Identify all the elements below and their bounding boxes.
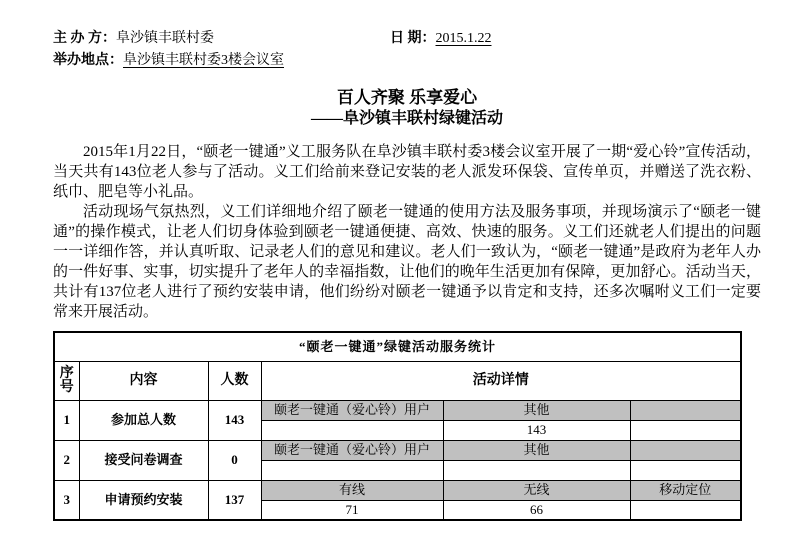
row3-detail-header-1: 有线 <box>261 480 443 500</box>
row1-detail-value-1 <box>261 420 443 440</box>
row3-detail-value-1: 71 <box>261 500 443 520</box>
row3-no: 3 <box>54 480 79 520</box>
organizer-label: 主 办 方： <box>53 31 116 46</box>
table-header-row: 序号 内容 人数 活动详情 <box>54 361 741 400</box>
date-value: 2015.1.22 <box>436 31 492 46</box>
row1-detail-header-2: 其他 <box>443 400 630 420</box>
stats-table: “颐老一键通”绿键活动服务统计 序号 内容 人数 活动详情 1 参加总人数 14… <box>53 331 742 521</box>
doc-subtitle: ——阜沙镇丰联村绿键活动 <box>53 108 761 130</box>
row2-count: 0 <box>208 440 261 480</box>
col-header-count: 人数 <box>208 361 261 400</box>
table-title: “颐老一键通”绿键活动服务统计 <box>54 332 741 361</box>
col-header-no: 序号 <box>54 361 79 400</box>
row1-no: 1 <box>54 400 79 440</box>
row2-detail-header-2: 其他 <box>443 440 630 460</box>
row2-no: 2 <box>54 440 79 480</box>
row1-detail-header-1: 颐老一键通（爱心铃）用户 <box>261 400 443 420</box>
row3-content: 申请预约安装 <box>79 480 208 520</box>
row2-detail-value-2 <box>443 460 630 480</box>
document-page: 主 办 方：阜沙镇丰联村委 日 期：2015.1.22 举办地点：阜沙镇丰联村委… <box>0 0 791 540</box>
row3-detail-value-2: 66 <box>443 500 630 520</box>
row1-header-subrow: 1 参加总人数 143 颐老一键通（爱心铃）用户 其他 <box>54 400 741 420</box>
row2-header-subrow: 2 接受问卷调查 0 颐老一键通（爱心铃）用户 其他 <box>54 440 741 460</box>
organizer-value: 阜沙镇丰联村委 <box>116 31 214 46</box>
row2-detail-value-3 <box>630 460 741 480</box>
row1-content: 参加总人数 <box>79 400 208 440</box>
col-header-content: 内容 <box>79 361 208 400</box>
date-label: 日 期： <box>390 31 436 46</box>
col-header-details: 活动详情 <box>261 361 741 400</box>
row3-count: 137 <box>208 480 261 520</box>
row3-header-subrow: 3 申请预约安装 137 有线 无线 移动定位 <box>54 480 741 500</box>
row2-content: 接受问卷调查 <box>79 440 208 480</box>
meta-line-2: 举办地点：阜沙镇丰联村委3楼会议室 <box>53 50 761 72</box>
date-group: 日 期：2015.1.22 <box>390 28 492 50</box>
meta-line-1: 主 办 方：阜沙镇丰联村委 日 期：2015.1.22 <box>53 28 761 50</box>
venue-label: 举办地点： <box>53 53 123 68</box>
row1-detail-value-3 <box>630 420 741 440</box>
row3-detail-header-2: 无线 <box>443 480 630 500</box>
row1-count: 143 <box>208 400 261 440</box>
body-text: 2015年1月22日，“颐老一键通”义工服务队在阜沙镇丰联村委3楼会议室开展了一… <box>53 142 761 322</box>
table-title-row: “颐老一键通”绿键活动服务统计 <box>54 332 741 361</box>
row3-detail-value-3 <box>630 500 741 520</box>
paragraph-1: 2015年1月22日，“颐老一键通”义工服务队在阜沙镇丰联村委3楼会议室开展了一… <box>53 142 761 202</box>
row2-detail-header-3 <box>630 440 741 460</box>
paragraph-2: 活动现场气氛热烈，义工们详细地介绍了颐老一键通的使用方法及服务事项，并现场演示了… <box>53 202 761 322</box>
doc-title: 百人齐聚 乐享爱心 <box>53 88 761 108</box>
row2-detail-value-1 <box>261 460 443 480</box>
row1-detail-value-2: 143 <box>443 420 630 440</box>
row1-detail-header-3 <box>630 400 741 420</box>
venue-value: 阜沙镇丰联村委3楼会议室 <box>123 53 284 68</box>
row2-detail-header-1: 颐老一键通（爱心铃）用户 <box>261 440 443 460</box>
row3-detail-header-3: 移动定位 <box>630 480 741 500</box>
